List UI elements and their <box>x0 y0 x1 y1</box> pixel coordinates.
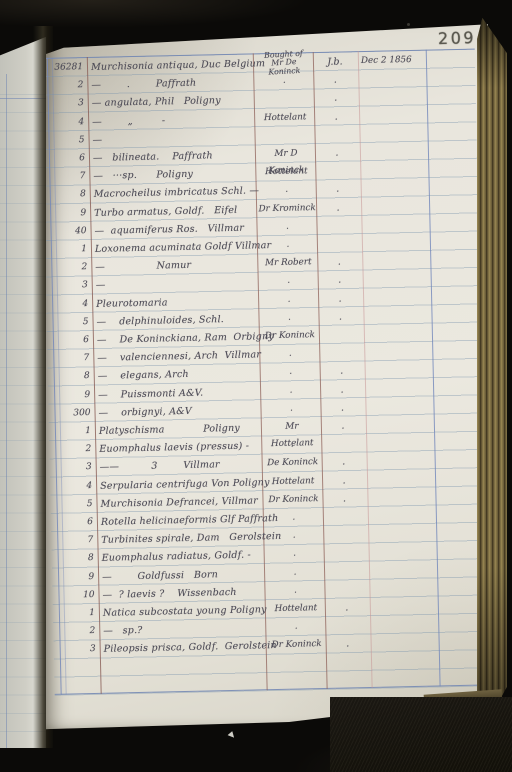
acquisition-note: . <box>261 345 319 363</box>
entry-number: 4 <box>44 296 88 314</box>
previous-page-margin-line <box>6 74 7 764</box>
species-entry: — sp.? <box>103 622 143 640</box>
acquisition-note: Hottelant <box>267 600 325 618</box>
entry-number: 6 <box>45 332 89 350</box>
entry-number: 5 <box>44 314 88 332</box>
entry-date <box>373 598 437 599</box>
acquisition-note: . <box>262 363 320 381</box>
collection-mark <box>327 617 367 618</box>
species-entry: — aquamiferus Ros. Villmar <box>94 219 244 239</box>
acquisition-note: . <box>266 564 324 582</box>
species-entry: — orbignyi, A&V <box>98 403 192 422</box>
collection-mark: . <box>320 308 360 326</box>
collection-mark <box>319 235 359 236</box>
entry-date <box>366 270 430 271</box>
entry-number: 2 <box>43 259 87 277</box>
entry-date: Dec 2 1856 <box>361 52 425 70</box>
entry-date <box>366 306 430 307</box>
entry-date <box>363 161 427 162</box>
species-entry: Turbo armatus, Goldf. Eifel <box>94 201 238 221</box>
species-entry: Pleurotomaria <box>96 294 168 313</box>
species-entry: — angulata, Phil Poligny <box>92 93 221 113</box>
entry-number: 1 <box>43 241 87 259</box>
entry-number: 10 <box>50 587 94 605</box>
collection-mark <box>325 526 365 527</box>
species-entry: Macrocheilus imbricatus Schl. — <box>94 183 260 204</box>
entry-date <box>367 343 431 344</box>
species-entry: — bilineata. Paffrath <box>93 147 213 167</box>
entry-date <box>367 325 431 326</box>
collection-mark <box>318 217 358 218</box>
entry-number: 9 <box>50 569 94 587</box>
book-cover <box>330 697 512 772</box>
entry-date <box>363 143 427 144</box>
species-entry: — delphinuloides, Schl. <box>96 311 224 331</box>
entry-date <box>371 525 435 526</box>
species-entry: — Namur <box>95 257 191 276</box>
species-entry: — ? laevis ? Wissenbach <box>102 584 237 604</box>
paper-speck <box>227 730 235 738</box>
acquisition-note: . <box>266 545 324 563</box>
collection-mark: . <box>322 381 362 399</box>
species-entry: Platyschisma Poligny <box>99 420 240 440</box>
entry-date <box>368 379 432 380</box>
entry-number: 300 <box>46 405 90 423</box>
collection-mark: . <box>316 108 356 126</box>
species-entry: Euomphalus radiatus, Goldf. - <box>102 547 252 567</box>
species-entry: — ···sp. Poligny <box>93 166 193 185</box>
collection-mark: . <box>318 181 358 199</box>
entry-date <box>364 179 428 180</box>
acquisition-note: Mr Robert <box>259 254 317 272</box>
species-entry: — <box>92 132 102 149</box>
collection-mark <box>323 435 363 436</box>
entry-number: 7 <box>49 532 93 550</box>
entry-date <box>365 234 429 235</box>
entry-date <box>362 106 426 107</box>
collection-mark: . <box>322 363 362 381</box>
acquisition-note <box>256 90 314 91</box>
entry-date <box>371 507 435 508</box>
photographed-ledger: 209 36281Murchisonia antiqua, Duc Belgiu… <box>0 0 512 772</box>
entry-date <box>365 252 429 253</box>
species-entry: — Puissmonti A&V. <box>98 384 203 403</box>
species-entry: Natica subcostata young Poligny <box>103 601 267 622</box>
collection-mark <box>326 581 366 582</box>
entry-number: 8 <box>42 186 86 204</box>
collection-mark: . <box>318 199 358 217</box>
entry-number: 8 <box>50 550 94 568</box>
entry-number: 9 <box>42 205 86 223</box>
entry-date <box>373 634 437 635</box>
entry-number: 1 <box>47 423 91 441</box>
collection-mark: . <box>320 272 360 290</box>
collection-mark <box>317 162 357 163</box>
entry-number: 8 <box>46 368 90 386</box>
species-entry: — Goldfussi Born <box>102 566 218 586</box>
entry-date <box>366 288 430 289</box>
collection-mark <box>326 563 366 564</box>
entry-number: 40 <box>42 223 86 241</box>
acquisition-note: . <box>262 382 320 400</box>
acquisition-note: . <box>265 509 323 527</box>
acquisition-note: . <box>267 618 325 636</box>
acquisition-note: De Koninck <box>264 454 322 472</box>
entry-date <box>369 434 433 435</box>
ruled-area: 36281Murchisonia antiqua, Duc BelgiumBou… <box>39 36 496 729</box>
acquisition-note: . <box>258 181 316 199</box>
acquisition-note: Hottelant <box>264 473 322 491</box>
species-entry: — . Paffrath <box>91 75 196 94</box>
collection-mark: . <box>320 290 360 308</box>
entry-date <box>372 561 436 562</box>
entry-number: 7 <box>45 350 89 368</box>
ledger-page: 209 36281Murchisonia antiqua, Duc Belgiu… <box>46 20 488 732</box>
acquisition-note: . <box>260 272 318 290</box>
entry-date <box>362 88 426 89</box>
page-edges <box>477 18 507 722</box>
collection-mark: . <box>319 253 359 271</box>
entry-number: 6 <box>49 514 93 532</box>
collection-mark <box>325 544 365 545</box>
collection-mark: . <box>317 144 357 162</box>
acquisition-note: . <box>259 236 317 254</box>
entry-number: 3 <box>40 96 84 114</box>
entry-number: 5 <box>48 496 92 514</box>
entry-date <box>369 416 433 417</box>
entry-number: 9 <box>46 387 90 405</box>
entry-number: 1 <box>51 605 95 623</box>
acquisition-note: Dr Koninck <box>267 636 325 654</box>
entry-date <box>364 197 428 198</box>
collection-mark <box>316 126 356 127</box>
acquisition-note: Hottelant <box>257 163 315 181</box>
collection-mark: . <box>324 472 364 490</box>
entries: 36281Murchisonia antiqua, Duc BelgiumBou… <box>39 36 481 46</box>
acquisition-note: . <box>255 72 313 90</box>
entry-number: 3 <box>48 459 92 477</box>
collection-mark: . <box>324 490 364 508</box>
collection-mark: . <box>316 90 356 108</box>
acquisition-note: Hottelant <box>256 109 314 127</box>
entry-number: 2 <box>51 623 95 641</box>
species-entry: — <box>96 277 106 294</box>
entry-date <box>370 470 434 471</box>
acquisition-note: . <box>266 582 324 600</box>
acquisition-note: Dr Krominck <box>258 200 316 218</box>
entry-date <box>373 616 437 617</box>
species-entry: —— 3 Villmar <box>100 457 220 477</box>
collection-mark: J.b. <box>315 53 355 71</box>
entry-date <box>371 543 435 544</box>
acquisition-note: . <box>260 291 318 309</box>
collection-mark: . <box>315 71 355 89</box>
acquisition-note: . <box>262 400 320 418</box>
entry-date <box>372 579 436 580</box>
entry-number: 7 <box>41 168 85 186</box>
collection-mark: . <box>327 599 367 617</box>
entry-date <box>364 215 428 216</box>
species-entry: — elegans, Arch <box>98 366 189 385</box>
entry-number: 6 <box>41 150 85 168</box>
species-entry: — „ - <box>92 112 165 131</box>
entry-number: 5 <box>40 132 84 150</box>
collection-mark: . <box>324 453 364 471</box>
entry-number: 4 <box>48 478 92 496</box>
species-entry: Euomphalus laevis (pressus) - <box>99 438 249 458</box>
acquisition-note: . <box>260 309 318 327</box>
collection-mark: . <box>322 399 362 417</box>
acquisition-note <box>256 127 314 128</box>
entry-date <box>370 488 434 489</box>
entry-number: 3 <box>52 641 96 659</box>
ink-speck <box>407 23 410 26</box>
acquisition-note: Dr Koninck <box>264 491 322 509</box>
acquisition-note: Dr Koninck <box>261 327 319 345</box>
entry-date <box>368 361 432 362</box>
collection-mark: . <box>327 635 367 653</box>
collection-mark: . <box>323 417 363 435</box>
entry-date <box>361 70 425 71</box>
acquisition-note: . <box>258 218 316 236</box>
entry-number: 3 <box>44 277 88 295</box>
species-entry: Murchisonia Defrancei, Villmar <box>100 492 258 512</box>
entry-date <box>370 452 434 453</box>
entry-date <box>362 124 426 125</box>
collection-mark <box>325 508 365 509</box>
entry-number: 2 <box>47 441 91 459</box>
collection-mark <box>321 326 361 327</box>
entry-date <box>368 397 432 398</box>
entry-number: 4 <box>40 114 84 132</box>
acquisition-note: . <box>263 436 321 454</box>
species-entry: — valenciennesi, Arch Villmar <box>97 346 261 367</box>
collection-mark <box>321 344 361 345</box>
acquisition-note: . <box>265 527 323 545</box>
